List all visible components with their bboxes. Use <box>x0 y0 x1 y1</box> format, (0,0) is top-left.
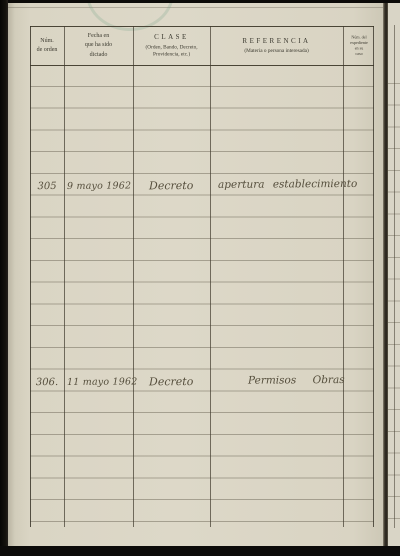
column-header-expediente-label: Núm. del expediente en su caso <box>350 35 368 57</box>
entry-num-cell: 305 <box>30 180 64 191</box>
next-page-grid-vline <box>394 25 395 528</box>
scan-bottom-border <box>0 546 400 556</box>
grid-vline-fecha-clase <box>133 26 134 527</box>
grid-vline-num-fecha <box>64 26 65 527</box>
entry-referencia-cell: apertura establecimiento <box>210 178 374 191</box>
grid-vline-referencia-expediente <box>343 26 344 527</box>
entry-fecha-cell: 11 mayo 1962 <box>64 376 133 387</box>
column-header-referencia: REFERENCIA (Materia o persona interesada… <box>210 27 343 65</box>
table-row: 305 9 mayo 1962 Decreto apertura estable… <box>30 173 374 197</box>
column-header-fecha-label: Fecha en que ha sido dictado <box>85 32 112 60</box>
grid-vline-left <box>30 26 31 527</box>
column-header-referencia-subtitle: (Materia o persona interesada) <box>244 47 308 54</box>
scan-top-border <box>0 0 400 3</box>
register-table: Núm. de orden Fecha en que ha sido dicta… <box>30 26 374 527</box>
entry-clase-cell: Decreto <box>133 178 210 192</box>
column-header-clase: CLASE (Orden, Bando, Decreto, Providenci… <box>133 27 210 65</box>
column-header-num-orden-label: Núm. de orden <box>37 37 58 56</box>
register-page: Núm. de orden Fecha en que ha sido dicta… <box>8 3 383 546</box>
table-header-row: Núm. de orden Fecha en que ha sido dicta… <box>30 27 374 65</box>
entry-num-cell: 306. <box>30 376 64 387</box>
grid-vline-clase-referencia <box>210 26 211 527</box>
entry-referencia-cell: Permisos Obras <box>210 373 374 386</box>
column-header-referencia-title: REFERENCIA <box>242 37 310 45</box>
header-bottom-border <box>30 65 374 66</box>
column-header-expediente: Núm. del expediente en su caso <box>343 27 374 65</box>
table-row: 306. 11 mayo 1962 Decreto Permisos Obras <box>30 368 374 392</box>
page-top-crease <box>8 7 383 8</box>
column-header-clase-subtitle: (Orden, Bando, Decreto, Providencia, etc… <box>145 44 197 58</box>
entry-clase-cell: Decreto <box>133 374 210 388</box>
page-edge-shadow <box>383 3 388 546</box>
table-row-lines <box>30 65 374 522</box>
next-page-edge <box>388 3 400 546</box>
grid-vline-right <box>373 26 374 527</box>
column-header-clase-title: CLASE <box>154 33 189 41</box>
column-header-fecha: Fecha en que ha sido dictado <box>64 27 133 65</box>
book-binding-left <box>0 0 8 556</box>
entry-fecha-cell: 9 mayo 1962 <box>64 180 133 191</box>
column-header-num-orden: Núm. de orden <box>30 27 64 65</box>
